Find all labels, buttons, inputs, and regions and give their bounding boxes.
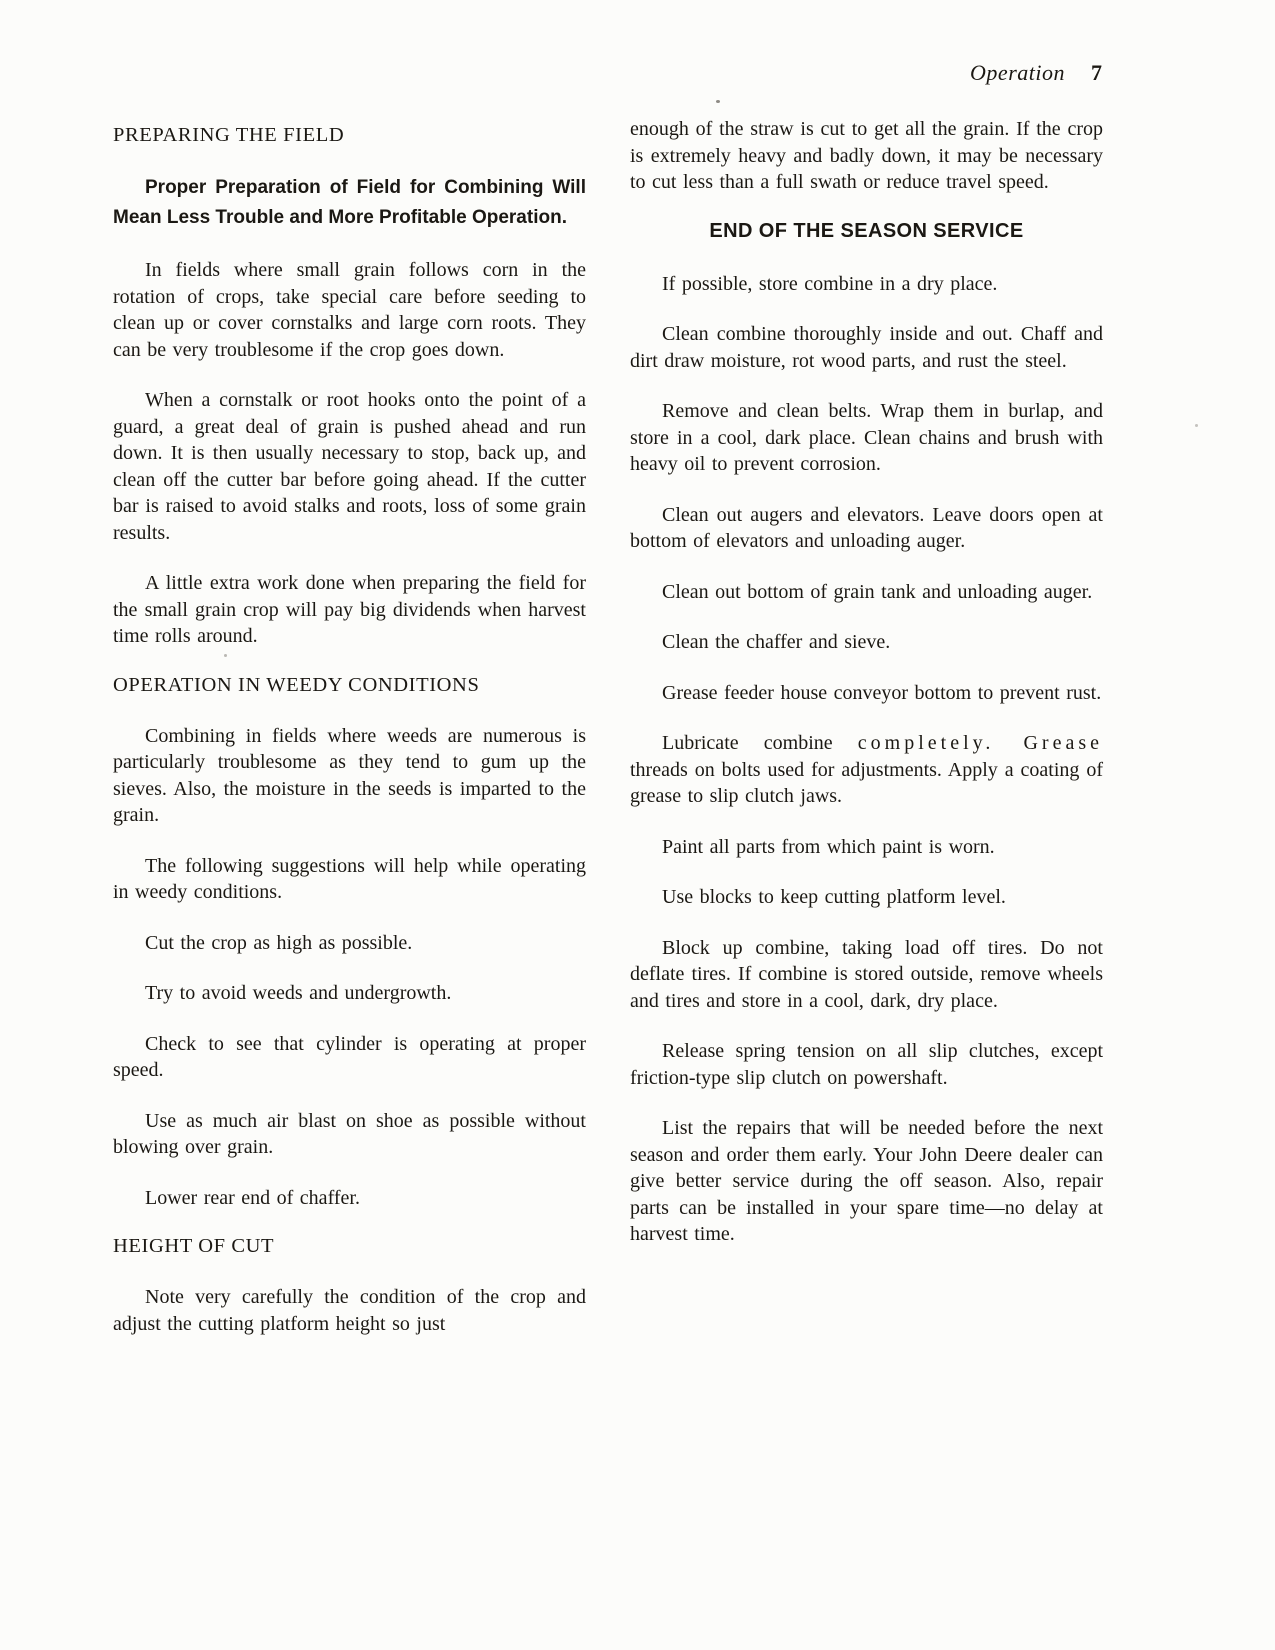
paragraph: List the repairs that will be needed bef… — [630, 1115, 1103, 1248]
paragraph: Clean out bottom of grain tank and unloa… — [630, 579, 1103, 606]
manual-page: Operation 7 PREPARING THE FIELD Proper P… — [0, 0, 1275, 1650]
paragraph: Block up combine, taking load off tires.… — [630, 935, 1103, 1015]
paragraph: Grease feeder house conveyor bottom to p… — [630, 680, 1103, 707]
paragraph: Check to see that cylinder is operating … — [113, 1031, 586, 1084]
paragraph: Try to avoid weeds and undergrowth. — [113, 980, 586, 1007]
page-header: Operation 7 — [970, 60, 1102, 86]
paragraph: Combining in fields where weeds are nume… — [113, 723, 586, 829]
scan-speck — [716, 100, 720, 103]
header-page-number: 7 — [1091, 60, 1102, 86]
section-heading-preparing-the-field: PREPARING THE FIELD — [113, 124, 586, 147]
paragraph: Use blocks to keep cutting platform leve… — [630, 884, 1103, 911]
two-column-text: PREPARING THE FIELD Proper Preparation o… — [113, 116, 1103, 1361]
paragraph: Clean combine thoroughly inside and out.… — [630, 321, 1103, 374]
spaced-text: completely. Grease — [858, 732, 1103, 754]
paragraph: Release spring tension on all slip clutc… — [630, 1038, 1103, 1091]
paragraph-text: Lubricate combine — [662, 732, 858, 754]
paragraph-text: threads on bolts used for adjustments. A… — [630, 759, 1103, 808]
paragraph: The following suggestions will help whil… — [113, 853, 586, 906]
scan-speck — [1195, 424, 1198, 427]
paragraph: If possible, store combine in a dry plac… — [630, 271, 1103, 298]
paragraph: When a cornstalk or root hooks onto the … — [113, 387, 586, 546]
header-section-title: Operation — [970, 60, 1065, 86]
paragraph: Cut the crop as high as possible. — [113, 930, 586, 957]
right-column: enough of the straw is cut to get all th… — [630, 116, 1103, 1361]
paragraph: Clean out augers and elevators. Leave do… — [630, 502, 1103, 555]
paragraph: Lower rear end of chaffer. — [113, 1185, 586, 1212]
paragraph: Use as much air blast on shoe as possibl… — [113, 1108, 586, 1161]
section-heading-operation-in-weedy-conditions: OPERATION IN WEEDY CONDITIONS — [113, 674, 586, 697]
paragraph-lubricate: Lubricate combine completely. Grease thr… — [630, 730, 1103, 810]
lead-paragraph: Proper Preparation of Field for Combinin… — [113, 173, 586, 233]
paragraph: In fields where small grain follows corn… — [113, 257, 586, 363]
paragraph: A little extra work done when preparing … — [113, 570, 586, 650]
paragraph: Remove and clean belts. Wrap them in bur… — [630, 398, 1103, 478]
section-heading-height-of-cut: HEIGHT OF CUT — [113, 1235, 586, 1258]
paragraph: Note very carefully the condition of the… — [113, 1284, 586, 1337]
paragraph: Paint all parts from which paint is worn… — [630, 834, 1103, 861]
section-heading-end-of-the-season-service: END OF THE SEASON SERVICE — [630, 220, 1103, 243]
paragraph-continuation: enough of the straw is cut to get all th… — [630, 116, 1103, 196]
left-column: PREPARING THE FIELD Proper Preparation o… — [113, 116, 586, 1361]
paragraph: Clean the chaffer and sieve. — [630, 629, 1103, 656]
